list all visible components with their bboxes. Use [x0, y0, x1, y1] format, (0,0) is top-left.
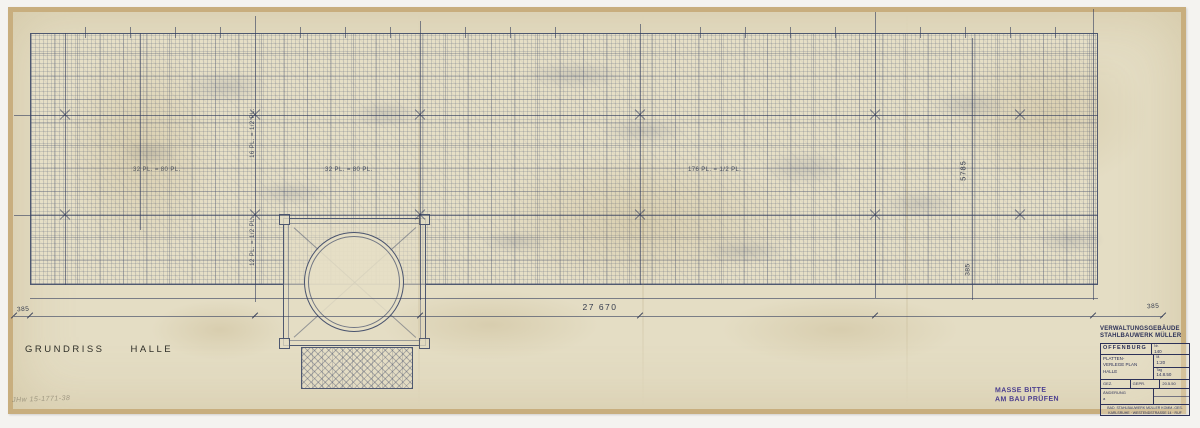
- edge-tick: [300, 27, 301, 38]
- edge-tick: [835, 27, 836, 38]
- grid-accent-line-vertical: [255, 16, 256, 302]
- grid-smudge: [350, 100, 420, 128]
- city-field: OFFENBURG: [1101, 344, 1152, 354]
- grid-accent-line-vertical: [140, 33, 141, 230]
- column-x-mark: [634, 209, 646, 221]
- grid-accent-line-vertical: [1093, 9, 1094, 300]
- paper-stain: [150, 300, 290, 360]
- left-offset-dimension: 385: [17, 306, 30, 314]
- small-height-dimension: 385: [965, 255, 972, 285]
- grid-accent-line-horizontal: [14, 115, 1098, 116]
- column-x-mark: [414, 209, 426, 221]
- grid-smudge: [520, 60, 630, 90]
- drawing-number-field: Nr. 140: [1152, 344, 1189, 354]
- grid-smudge: [180, 70, 270, 104]
- grid-accent-line-vertical: [65, 33, 66, 285]
- edge-tick: [345, 27, 346, 38]
- column-x-mark: [1014, 209, 1026, 221]
- date-field: Tag 14.8.50: [1154, 368, 1189, 380]
- edge-tick: [920, 27, 921, 38]
- edge-tick: [1010, 27, 1011, 38]
- edge-tick: [175, 27, 176, 38]
- grid-accent-line-vertical: [972, 38, 973, 300]
- grid-smudge: [250, 180, 330, 206]
- column-x-mark: [869, 109, 881, 121]
- edge-tick: [1055, 27, 1056, 38]
- grid-smudge: [700, 238, 790, 264]
- grid-accent-line-vertical: [875, 12, 876, 298]
- column-x-mark: [414, 109, 426, 121]
- company-name: VERWALTUNGSGEBÄUDE STAHLBAUWERK MÜLLER: [1100, 326, 1190, 340]
- stamp-line: AM BAU PRÜFEN: [995, 395, 1059, 404]
- edge-tick: [965, 27, 966, 38]
- column-x-mark: [1014, 109, 1026, 121]
- scale-date-column: M. 1:20 Tag 14.8.50: [1154, 355, 1189, 379]
- column-x-mark: [249, 209, 261, 221]
- scale-field: M. 1:20: [1154, 355, 1189, 368]
- grid-smudge: [480, 230, 550, 254]
- edge-tick: [745, 27, 746, 38]
- grid-smudge: [880, 190, 960, 218]
- edge-tick: [465, 27, 466, 38]
- title-block-table: OFFENBURG Nr. 140 PLATTEN- VERLEGE PLAN …: [1100, 343, 1190, 416]
- edge-tick: [220, 27, 221, 38]
- column-x-mark: [869, 209, 881, 221]
- title-block: VERWALTUNGSGEBÄUDE STAHLBAUWERK MÜLLER O…: [1100, 326, 1190, 416]
- grid-smudge: [1035, 225, 1105, 255]
- company-footer: BAD. STAHLBAUWERK MÜLLER KOMM.-GES. KARL…: [1101, 405, 1189, 415]
- scanned-drawing-canvas: 32 PL. = 80 PL. 32 PL. = 80 PL. 176 PL. …: [0, 0, 1200, 428]
- grid-accent-line-vertical: [420, 21, 421, 300]
- aenderung-field: ÄNDERUNG a: [1101, 389, 1154, 404]
- edge-tick: [555, 27, 556, 38]
- right-offset-dimension: 385: [1147, 303, 1160, 311]
- edge-tick: [85, 27, 86, 38]
- grid-smudge: [600, 118, 690, 144]
- check-stamp: MASSE BITTE AM BAU PRÜFEN: [995, 387, 1059, 405]
- gez-field: GEZ.: [1101, 380, 1131, 388]
- grid-accent-line-vertical: [640, 24, 641, 285]
- column-x-mark: [59, 109, 71, 121]
- grid-accent-line-horizontal: [14, 316, 1163, 317]
- grid-accent-line-horizontal: [14, 215, 1098, 216]
- edge-tick: [130, 27, 131, 38]
- paper-stain: [720, 295, 960, 365]
- column-x-mark: [634, 109, 646, 121]
- grid-smudge: [120, 140, 180, 166]
- edge-tick: [510, 27, 511, 38]
- gepr-field: GEPR.: [1131, 380, 1161, 388]
- check-date-field: 20.5.50: [1160, 380, 1189, 388]
- aenderung-empty-cells: [1154, 389, 1189, 404]
- drawing-title-field: PLATTEN- VERLEGE PLAN HALLE: [1101, 355, 1154, 379]
- grid-smudge: [760, 150, 850, 186]
- edge-tick: [390, 27, 391, 38]
- column-x-mark: [249, 109, 261, 121]
- column-x-mark: [59, 209, 71, 221]
- edge-tick: [700, 27, 701, 38]
- paper-stain: [380, 290, 600, 360]
- edge-tick: [790, 27, 791, 38]
- plan-caption-word: GRUNDRISS: [25, 344, 105, 355]
- grid-accent-line-horizontal: [30, 298, 1098, 299]
- plate-count-note: 32 PL. = 80 PL.: [325, 167, 373, 173]
